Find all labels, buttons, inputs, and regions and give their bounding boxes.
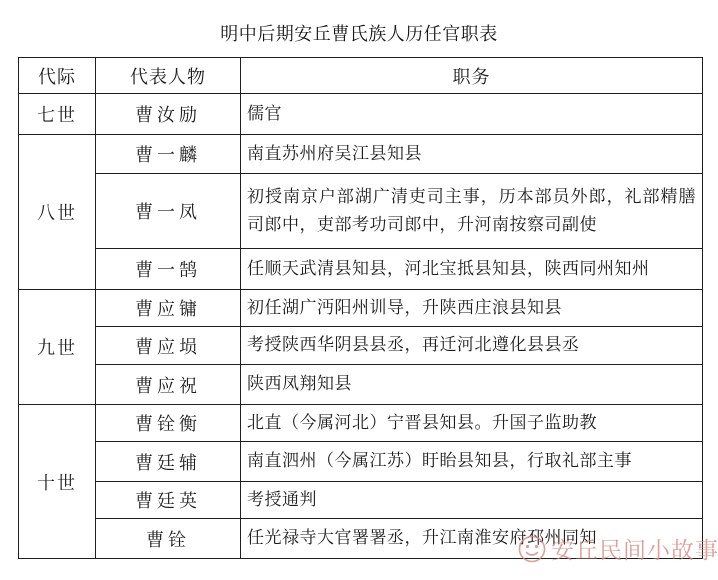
table-header-row: 代际 代表人物 职务 xyxy=(19,58,703,94)
generation-cell: 九世 xyxy=(19,290,96,405)
person-name-cell: 曹一鹄 xyxy=(96,249,241,290)
person-name-cell: 曹汝励 xyxy=(96,94,241,135)
table-row: 九世曹应镛初任湖广沔阳州训导，升陕西庄浪县知县 xyxy=(19,290,703,327)
duty-cell: 初任湖广沔阳州训导，升陕西庄浪县知县 xyxy=(241,290,703,327)
person-name-cell: 曹应祝 xyxy=(96,365,241,405)
table-row: 八世曹一麟南直苏州府吴江县知县 xyxy=(19,135,703,174)
duty-cell: 儒官 xyxy=(241,94,703,135)
header-generation: 代际 xyxy=(19,58,96,94)
generation-cell: 十世 xyxy=(19,405,96,559)
duty-cell: 南直苏州府吴江县知县 xyxy=(241,135,703,174)
table-row: 曹一凤初授南京户部湖广清吏司主事，历本部员外郎，礼部精膳司郎中，吏部考功司郎中，… xyxy=(19,174,703,249)
person-name-cell: 曹廷辅 xyxy=(96,442,241,482)
page-title: 明中后期安丘曹氏族人历任官职表 xyxy=(0,20,718,46)
table-row: 曹应埙考授陕西华阴县县丞，再迁河北遵化县县丞 xyxy=(19,327,703,365)
duty-cell: 任光禄寺大官署署丞，升江南淮安府邳州同知 xyxy=(241,519,703,559)
person-name-cell: 曹应镛 xyxy=(96,290,241,327)
person-name-cell: 曹铨 xyxy=(96,519,241,559)
duty-cell: 考授通判 xyxy=(241,482,703,519)
table-row: 曹廷英考授通判 xyxy=(19,482,703,519)
table-row: 十世曹铨衡北直（今属河北）宁晋县知县。升国子监助教 xyxy=(19,405,703,442)
generation-cell: 七世 xyxy=(19,94,96,135)
person-name-cell: 曹廷英 xyxy=(96,482,241,519)
person-name-cell: 曹一凤 xyxy=(96,174,241,249)
table-row: 曹廷辅南直泗州（今属江苏）盱眙县知县，行取礼部主事 xyxy=(19,442,703,482)
table-row: 七世曹汝励儒官 xyxy=(19,94,703,135)
person-name-cell: 曹一麟 xyxy=(96,135,241,174)
page: 明中后期安丘曹氏族人历任官职表 代际 代表人物 职务 七世曹汝励儒官八世曹一麟南… xyxy=(0,0,718,580)
duty-cell: 南直泗州（今属江苏）盱眙县知县，行取礼部主事 xyxy=(241,442,703,482)
header-person: 代表人物 xyxy=(96,58,241,94)
table-row: 曹铨任光禄寺大官署署丞，升江南淮安府邳州同知 xyxy=(19,519,703,559)
generation-cell: 八世 xyxy=(19,135,96,290)
officials-table-body: 七世曹汝励儒官八世曹一麟南直苏州府吴江县知县曹一凤初授南京户部湖广清吏司主事，历… xyxy=(19,94,703,559)
duty-cell: 任顺天武清县知县，河北宝抵县知县，陕西同州知州 xyxy=(241,249,703,290)
officials-table: 代际 代表人物 职务 七世曹汝励儒官八世曹一麟南直苏州府吴江县知县曹一凤初授南京… xyxy=(18,57,703,559)
table-row: 曹应祝陕西凤翔知县 xyxy=(19,365,703,405)
duty-cell: 考授陕西华阴县县丞，再迁河北遵化县县丞 xyxy=(241,327,703,365)
person-name-cell: 曹铨衡 xyxy=(96,405,241,442)
person-name-cell: 曹应埙 xyxy=(96,327,241,365)
header-duty: 职务 xyxy=(241,58,703,94)
table-row: 曹一鹄任顺天武清县知县，河北宝抵县知县，陕西同州知州 xyxy=(19,249,703,290)
duty-cell: 陕西凤翔知县 xyxy=(241,365,703,405)
duty-cell: 初授南京户部湖广清吏司主事，历本部员外郎，礼部精膳司郎中，吏部考功司郎中，升河南… xyxy=(241,174,703,249)
duty-cell: 北直（今属河北）宁晋县知县。升国子监助教 xyxy=(241,405,703,442)
